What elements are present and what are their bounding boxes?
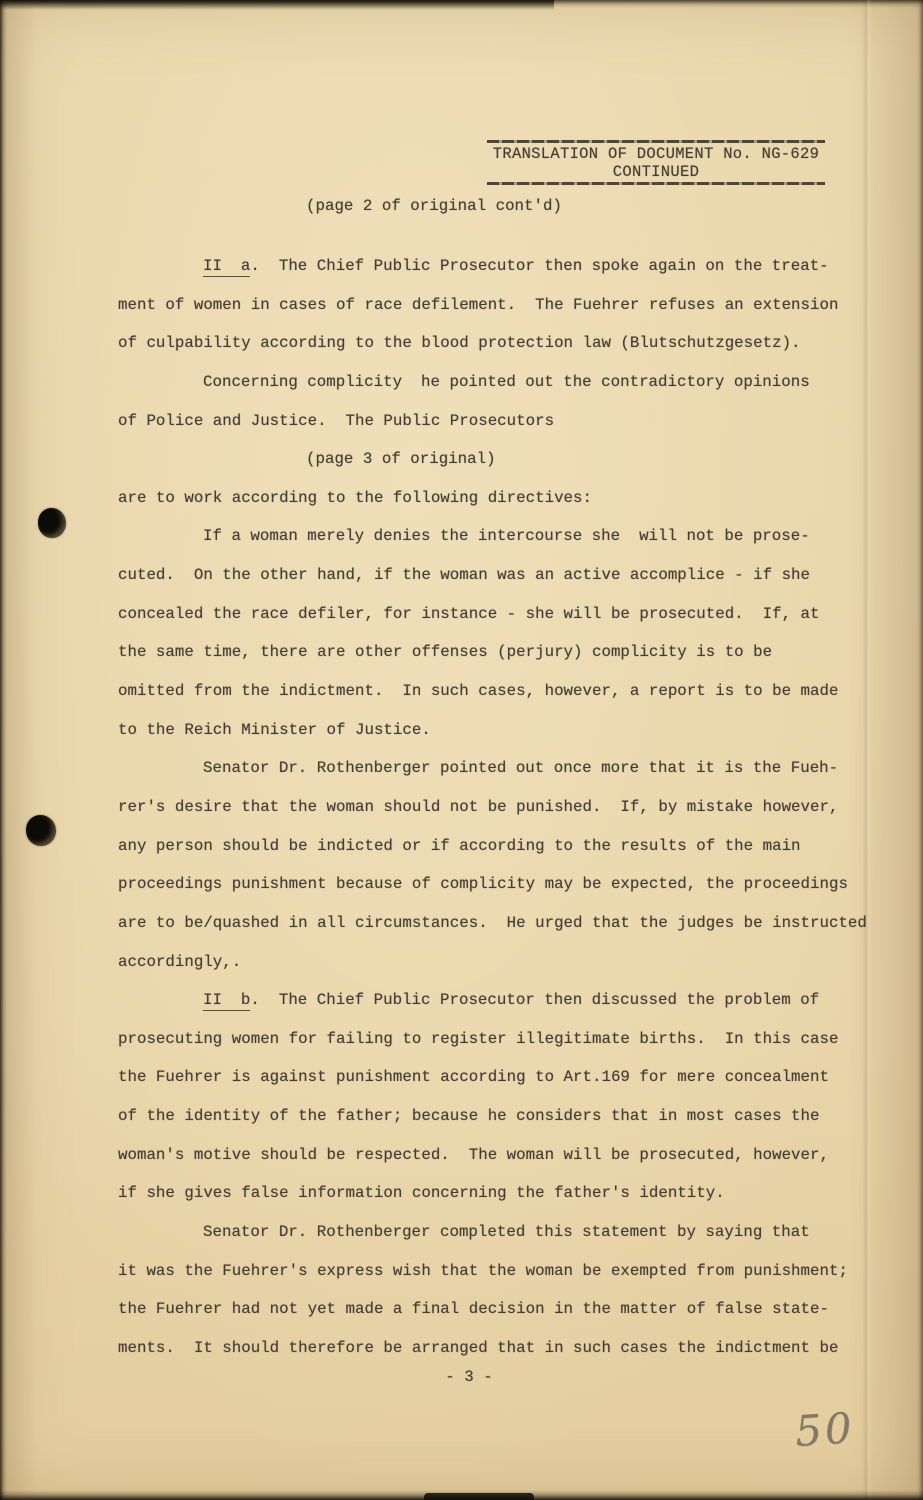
text-line: if she gives false information concernin… xyxy=(118,1174,908,1213)
text-line: II a. The Chief Public Prosecutor then s… xyxy=(118,247,908,286)
text-line: Senator Dr. Rothenberger pointed out onc… xyxy=(118,749,908,788)
text-line: Concerning complicity he pointed out the… xyxy=(118,363,908,402)
text-line: accordingly,. xyxy=(118,943,908,982)
text-line: Senator Dr. Rothenberger completed this … xyxy=(118,1213,908,1252)
scan-edge-top xyxy=(0,0,923,8)
stamp-title: TRANSLATION OF DOCUMENT No. NG-629 xyxy=(487,144,825,164)
text-line: prosecuting women for failing to registe… xyxy=(118,1020,908,1059)
text-line: to the Reich Minister of Justice. xyxy=(118,711,908,750)
text-line: proceedings punishment because of compli… xyxy=(118,865,908,904)
text-line: ment of women in cases of race defilemen… xyxy=(118,286,908,325)
text-line: ments. It should therefore be arranged t… xyxy=(118,1329,908,1368)
page-number: - 3 - xyxy=(0,1368,923,1386)
document-stamp: TRANSLATION OF DOCUMENT No. NG-629 CONTI… xyxy=(487,139,825,186)
text-line: (page 3 of original) xyxy=(118,440,908,479)
text-line: II b. The Chief Public Prosecutor then d… xyxy=(118,981,908,1020)
text-line: any person should be indicted or if acco… xyxy=(118,827,908,866)
scan-edge-top-left xyxy=(0,0,554,10)
page-note-top: (page 2 of original cont'd) xyxy=(306,197,562,215)
text-line: the Fuehrer had not yet made a final dec… xyxy=(118,1290,908,1329)
scan-edge-right xyxy=(917,0,923,1500)
document-body: II a. The Chief Public Prosecutor then s… xyxy=(118,247,908,1368)
text-line: omitted from the indictment. In such cas… xyxy=(118,672,908,711)
stamp-continued: CONTINUED xyxy=(487,164,825,181)
stamp-rule-bottom xyxy=(487,182,825,185)
scanned-document-page: TRANSLATION OF DOCUMENT No. NG-629 CONTI… xyxy=(0,0,923,1500)
hole-punch-top xyxy=(38,508,66,538)
handwritten-number: 50 xyxy=(793,1403,856,1456)
hole-punch-bottom xyxy=(26,815,56,846)
text-line: of culpability according to the blood pr… xyxy=(118,324,908,363)
text-line: of the identity of the father; because h… xyxy=(118,1097,908,1136)
text-line: are to be/quashed in all circumstances. … xyxy=(118,904,908,943)
text-line: rer's desire that the woman should not b… xyxy=(118,788,908,827)
text-line: the same time, there are other offenses … xyxy=(118,633,908,672)
underlined-section-label: II b xyxy=(203,991,250,1011)
scan-edge-bottom xyxy=(0,1490,923,1500)
text-line: If a woman merely denies the intercourse… xyxy=(118,517,908,556)
text-line: cuted. On the other hand, if the woman w… xyxy=(118,556,908,595)
text-line: are to work according to the following d… xyxy=(118,479,908,518)
stamp-rule-top xyxy=(487,140,825,143)
text-line: the Fuehrer is against punishment accord… xyxy=(118,1058,908,1097)
text-line: it was the Fuehrer's express wish that t… xyxy=(118,1252,908,1291)
underlined-section-label: II a xyxy=(203,257,250,277)
scan-edge-bottom-blob xyxy=(424,1493,534,1500)
text-line: of Police and Justice. The Public Prosec… xyxy=(118,402,908,441)
scan-edge-left xyxy=(0,0,7,1500)
text-line: concealed the race defiler, for instance… xyxy=(118,595,908,634)
text-line: woman's motive should be respected. The … xyxy=(118,1136,908,1175)
